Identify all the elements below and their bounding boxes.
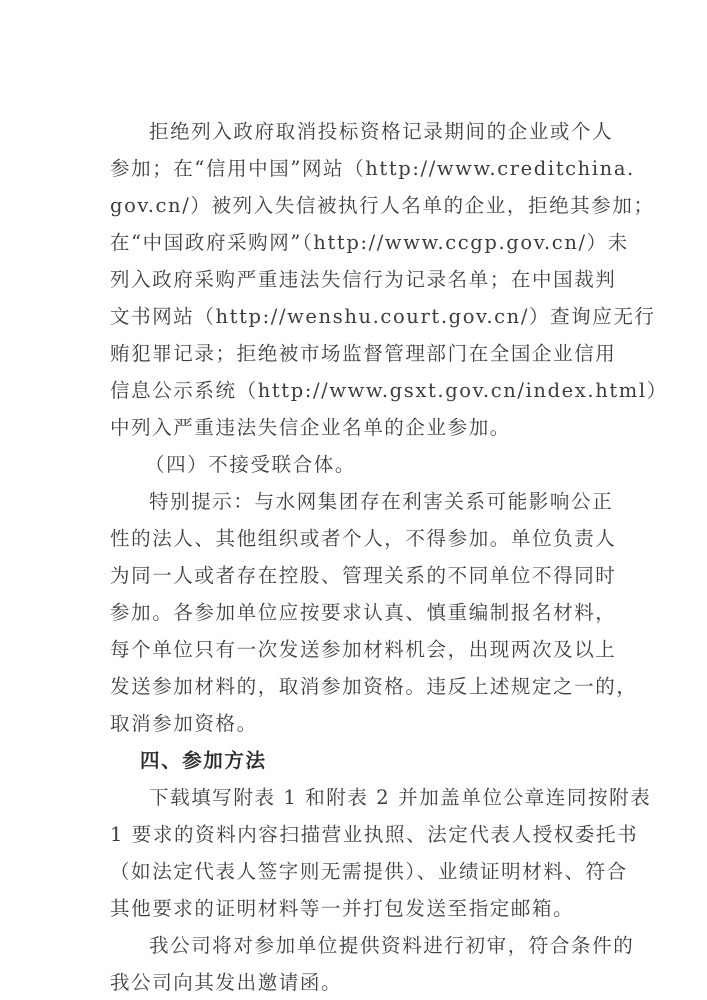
paragraph-line: 取消参加资格。 <box>110 712 576 736</box>
paragraph-line: 性的法人、其他组织或者个人，不得参加。单位负责人 <box>110 527 576 551</box>
paragraph-line: 其他要求的证明材料等一并打包发送至指定邮箱。 <box>110 897 576 921</box>
paragraph-line: 我公司向其发出邀请函。 <box>110 971 576 995</box>
paragraph-line: 下载填写附表 1 和附表 2 并加盖单位公章连同按附表 <box>149 786 576 810</box>
section-item: （四）不接受联合体。 <box>145 453 611 477</box>
page-number: 2 <box>343 938 349 950</box>
paragraph-line: 贿犯罪记录；拒绝被市场监督管理部门在全国企业信用 <box>110 342 576 366</box>
paragraph-line: 列入政府采购严重违法失信行为记录名单；在中国裁判 <box>110 268 576 292</box>
paragraph-line: gov.cn/）被列入失信被执行人名单的企业，拒绝其参加； <box>110 194 576 218</box>
paragraph-line: 参加；在“信用中国”网站（http://www.creditchina. <box>110 157 576 181</box>
paragraph-line: 信息公示系统（http://www.gsxt.gov.cn/index.html… <box>110 379 576 403</box>
paragraph-line: 特别提示：与水网集团存在利害关系可能影响公正 <box>149 490 576 514</box>
paragraph-line: 拒绝列入政府取消投标资格记录期间的企业或个人 <box>149 120 576 144</box>
section-heading: 四、参加方法 <box>140 749 606 773</box>
paragraph-line: 每个单位只有一次发送参加材料机会，出现两次及以上 <box>110 638 576 662</box>
document-page: 拒绝列入政府取消投标资格记录期间的企业或个人 参加；在“信用中国”网站（http… <box>0 0 707 1000</box>
paragraph-line: 文书网站（http://wenshu.court.gov.cn/）查询应无行 <box>110 305 576 329</box>
paragraph-line: 参加。各参加单位应按要求认真、慎重编制报名材料， <box>110 601 576 625</box>
paragraph-line: 1 要求的资料内容扫描营业执照、法定代表人授权委托书 <box>110 823 576 847</box>
paragraph-line: 为同一人或者存在控股、管理关系的不同单位不得同时 <box>110 564 576 588</box>
paragraph-line: 中列入严重违法失信企业名单的企业参加。 <box>110 416 576 440</box>
paragraph-line: 在“中国政府采购网”（http://www.ccgp.gov.cn/）未 <box>110 231 576 255</box>
paragraph-line: （如法定代表人签字则无需提供）、业绩证明材料、符合 <box>110 860 576 884</box>
paragraph-line: 发送参加材料的，取消参加资格。违反上述规定之一的， <box>110 675 576 699</box>
paragraph-line: 我公司将对参加单位提供资料进行初审，符合条件的 <box>149 934 576 958</box>
